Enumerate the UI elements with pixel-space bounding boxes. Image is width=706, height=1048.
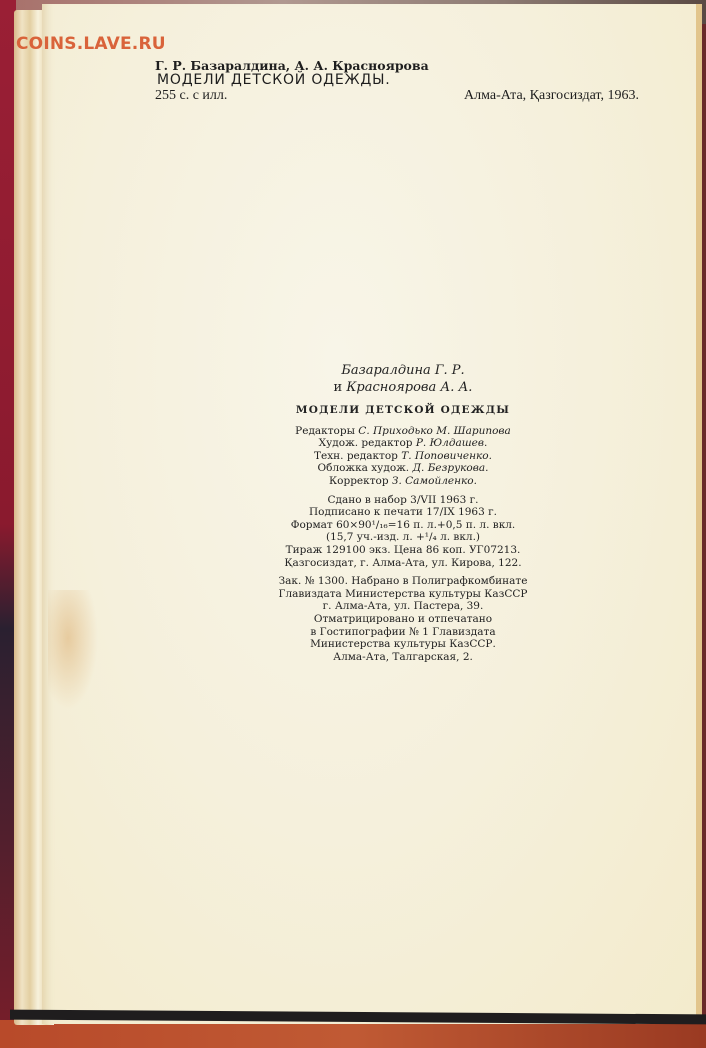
- catalog-card: Г. Р. Базаралдина, А. А. Красноярова МОД…: [155, 58, 645, 103]
- print-detail-line: (15,7 уч.-изд. л. +¹/₄ л. вкл.): [258, 531, 548, 544]
- credit-role: Обложка худож.: [318, 462, 410, 474]
- credit-line: Редакторы С. Приходько М. Шарипова: [258, 425, 548, 438]
- printer-detail-line: Алма-Ата, Талгарская, 2.: [258, 651, 548, 664]
- card-title: МОДЕЛИ ДЕТСКОЙ ОДЕЖДЫ.: [155, 73, 645, 88]
- print-detail-line: Подписано к печати 17/IX 1963 г.: [258, 506, 548, 519]
- credit-name: Р. Юлдашев.: [416, 437, 487, 449]
- page-stain: [48, 590, 98, 710]
- colophon-author-1: Базаралдина Г. Р.: [258, 362, 548, 379]
- print-detail-line: Сдано в набор 3/VII 1963 г.: [258, 494, 548, 507]
- credit-role: Худож. редактор: [319, 437, 413, 449]
- card-pages: 255 с. с илл.: [155, 88, 227, 103]
- colophon: Базаралдина Г. Р. и Красноярова А. А. МО…: [258, 362, 548, 663]
- printer-detail-line: г. Алма-Ата, ул. Пастера, 39.: [258, 600, 548, 613]
- card-authors: Г. Р. Базаралдина, А. А. Красноярова: [155, 58, 645, 73]
- printer-detail-line: Отматрицировано и отпечатано: [258, 613, 548, 626]
- credit-role: Техн. редактор: [314, 450, 398, 462]
- credit-name: З. Самойленко.: [392, 475, 477, 487]
- print-detail-line: Формат 60×90¹/₁₆=16 п. л.+0,5 п. л. вкл.: [258, 519, 548, 532]
- book-cover-bottom: [0, 1020, 706, 1048]
- printer-detail-line: Главиздата Министерства культуры КазССР: [258, 588, 548, 601]
- print-detail-line: Қазгосиздат, г. Алма-Ата, ул. Кирова, 12…: [258, 557, 548, 570]
- credit-name: Д. Безрукова.: [412, 462, 488, 474]
- credit-line: Корректор З. Самойленко.: [258, 475, 548, 488]
- printer-detail-line: Зак. № 1300. Набрано в Полиграфкомбинате: [258, 575, 548, 588]
- author-name-2: Красноярова А. А.: [346, 380, 472, 395]
- printer-detail-line: Министерства культуры КазССР.: [258, 638, 548, 651]
- credit-line: Худож. редактор Р. Юлдашев.: [258, 437, 548, 450]
- credit-line: Техн. редактор Т. Поповиченко.: [258, 450, 548, 463]
- credit-role: Корректор: [329, 475, 389, 487]
- credit-line: Обложка худож. Д. Безрукова.: [258, 462, 548, 475]
- credit-role: Редакторы: [295, 425, 355, 437]
- card-bottom-row: 255 с. с илл. Алма-Ата, Қазгосиздат, 196…: [155, 88, 645, 103]
- print-detail-line: Тираж 129100 экз. Цена 86 коп. УГ07213.: [258, 544, 548, 557]
- colophon-title: МОДЕЛИ ДЕТСКОЙ ОДЕЖДЫ: [258, 404, 548, 417]
- colophon-author-2: и Красноярова А. А.: [258, 379, 548, 396]
- printer-detail-line: в Гостипографии № 1 Главиздата: [258, 626, 548, 639]
- credit-name: С. Приходько М. Шарипова: [358, 425, 511, 437]
- credit-name: Т. Поповиченко.: [401, 450, 492, 462]
- card-imprint: Алма-Ата, Қазгосиздат, 1963.: [464, 88, 645, 103]
- author-conjunction: и: [334, 380, 343, 395]
- watermark: COINS.LAVE.RU: [16, 34, 166, 54]
